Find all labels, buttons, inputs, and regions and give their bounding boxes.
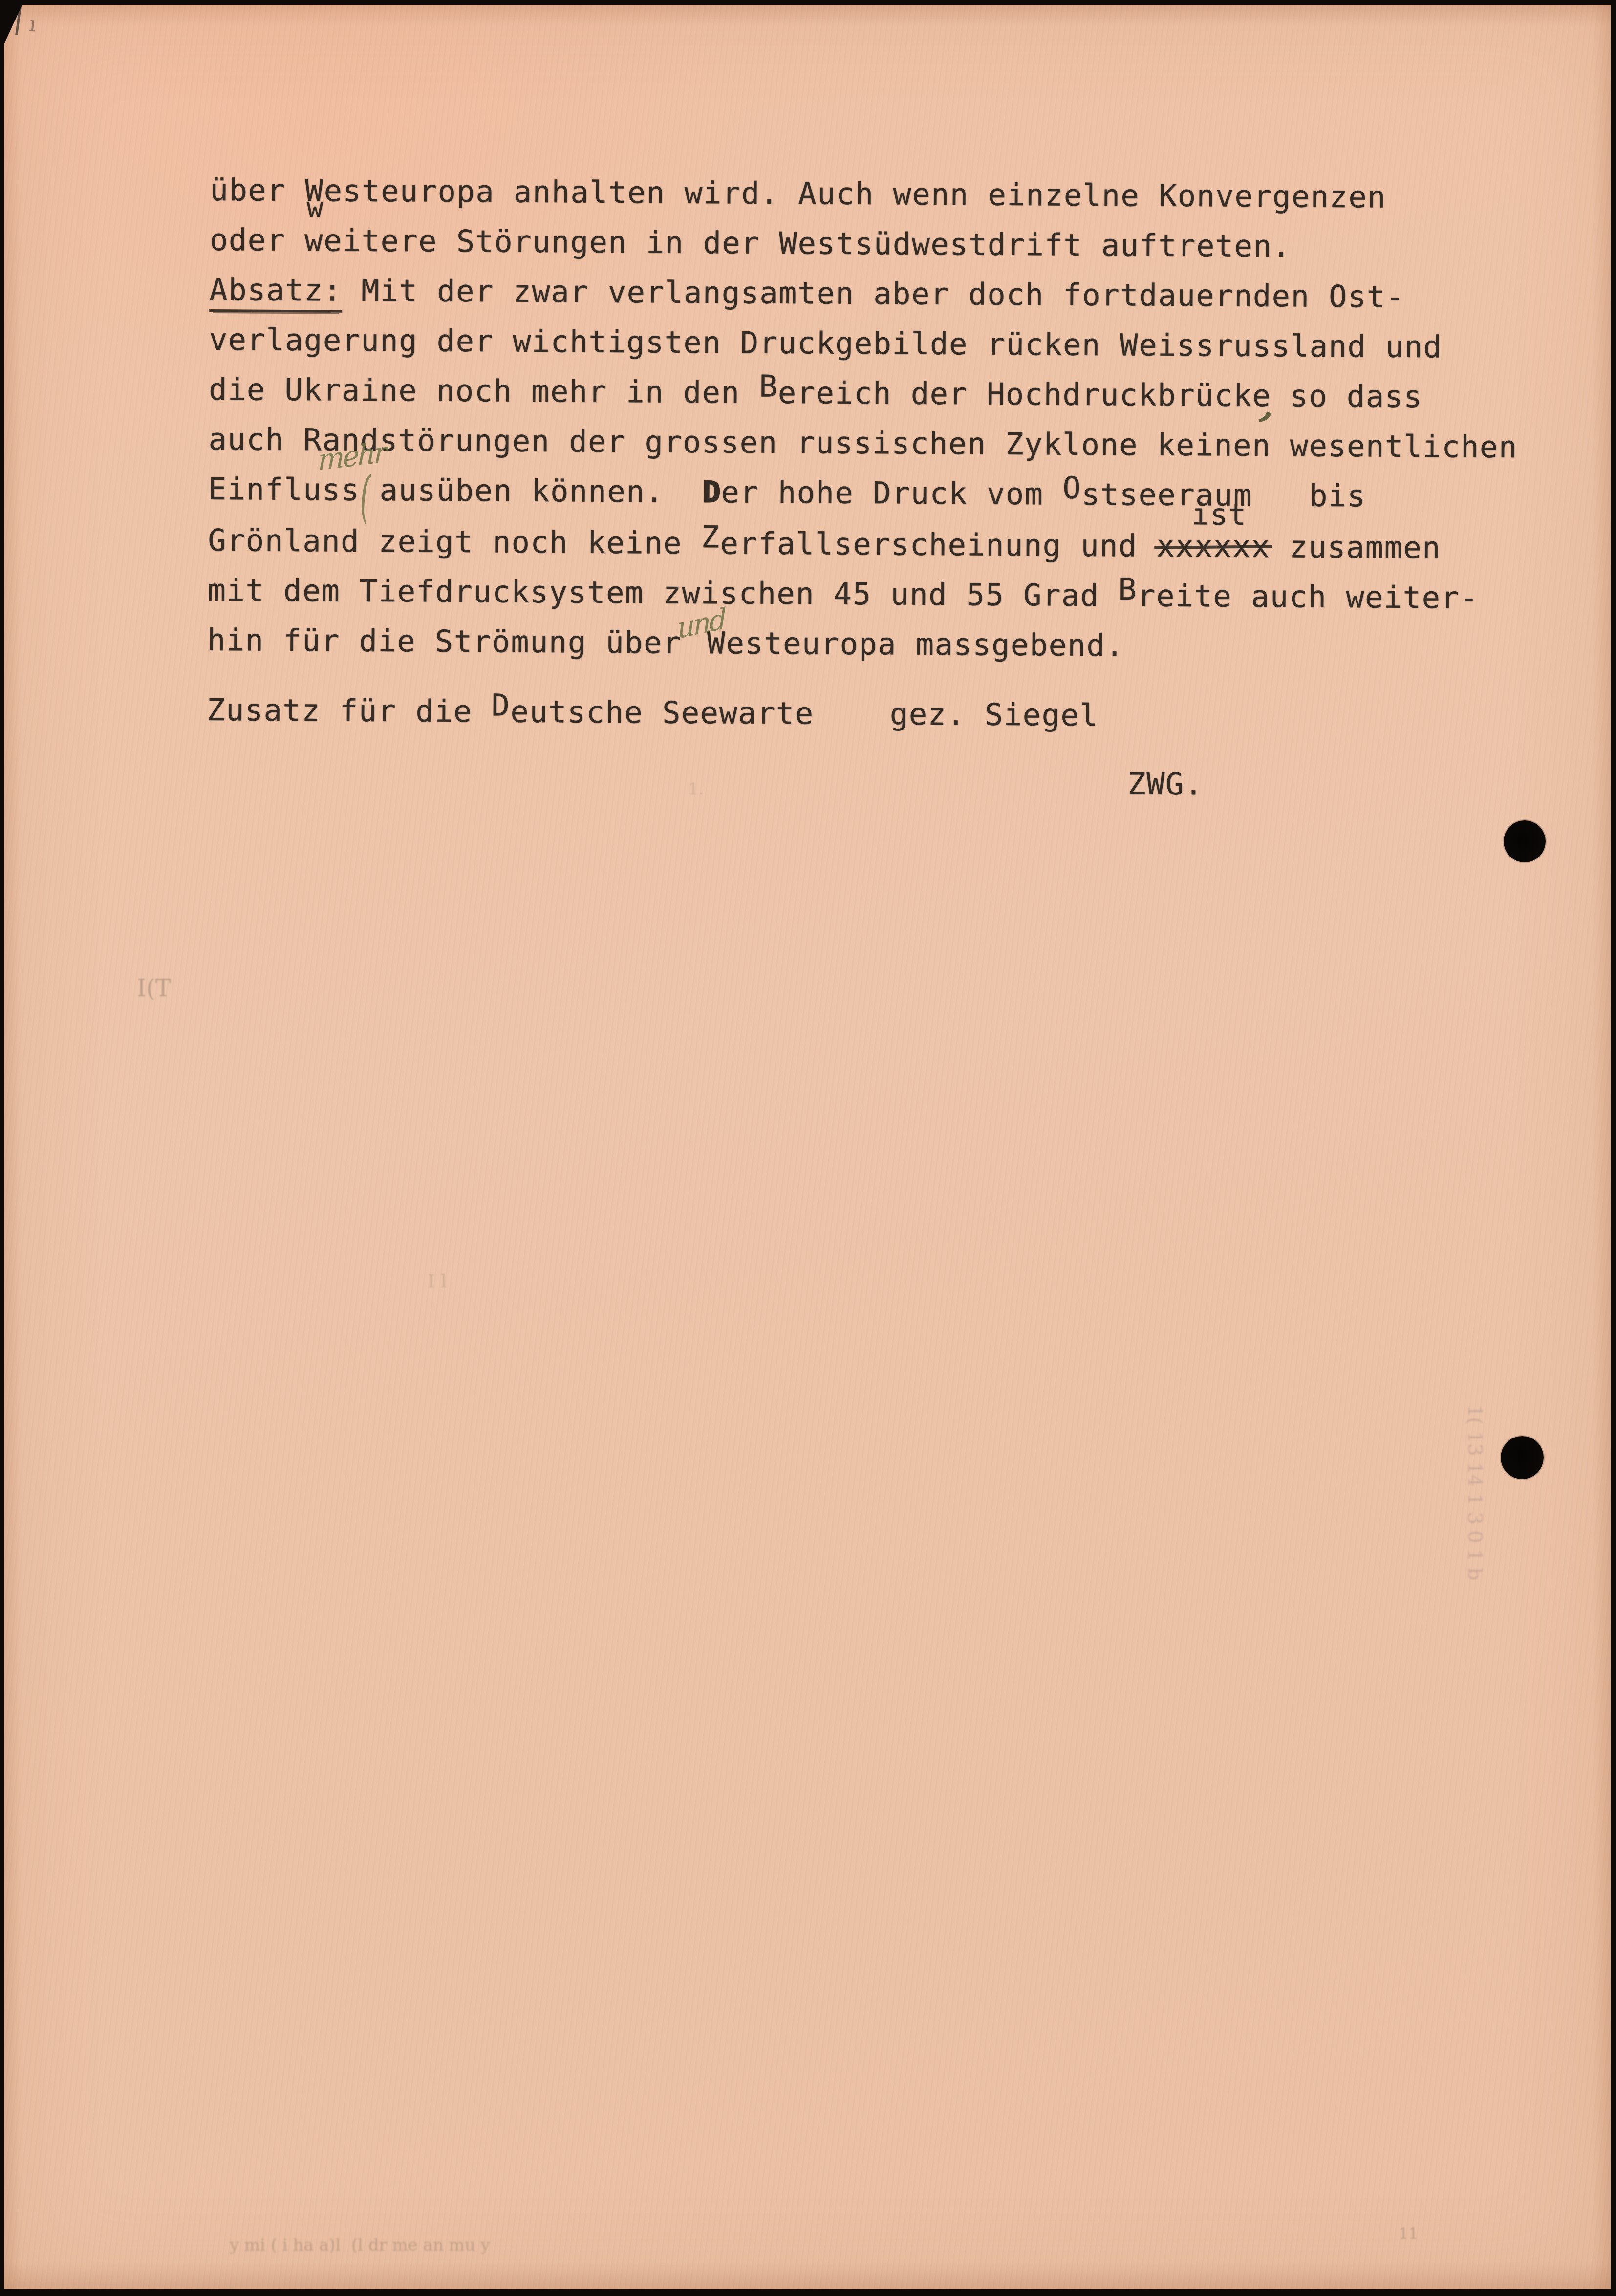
typed-text: so dass (1290, 378, 1422, 415)
handwritten-green-annotation: und (676, 598, 703, 654)
typed-line: verlagerung der wichtigsten Druckgebilde… (209, 315, 1558, 373)
typed-text: oder (210, 222, 305, 258)
typed-text: eutsche Seewarte gez. Siegel (510, 694, 1099, 733)
typed-line: Grönland zeigt noch keine Zerfallsersche… (208, 515, 1557, 574)
typed-text: verlagerung der wichtigsten Druckgebilde… (209, 322, 1443, 365)
paper-sheet: über Westeuropa anhalten wird. Auch wenn… (0, 0, 1616, 2296)
bleed-through-mark: T)I (137, 975, 171, 1002)
typewritten-text-block: über Westeuropa anhalten wird. Auch wenn… (206, 165, 1559, 812)
typed-line: Zusatz für die Deutsche Seewarte gez. Si… (207, 685, 1556, 743)
superscript-letter: Z (701, 512, 720, 562)
typed-text: mit dem Tiefdrucksystem zwischen 45 und … (207, 572, 1118, 613)
typed-line: auch Randstörungen der grossen russische… (208, 414, 1557, 472)
typed-text: Mit der zwar verlangsamten aber doch for… (342, 273, 1405, 315)
typed-text: ausüben können. (379, 472, 702, 510)
typed-text: erfallserscheinung und (720, 525, 1156, 563)
typed-text: die Ukraine noch mehr in den (209, 371, 759, 410)
bleed-through-mark: 1( 13 14 1 3 0 1 b (1464, 1405, 1486, 1580)
typed-line: Einflussmehr(ausüben können. Der hohe Dr… (208, 464, 1557, 524)
correction-anchor: weiterew (304, 222, 437, 259)
scan-edge-left (0, 0, 4, 2296)
correction-anchor: Einflussmehr (208, 471, 360, 508)
typed-text: Störungen in der Westsüdwestdrift auftre… (437, 223, 1292, 264)
correction-anchor: xxxxxxist (1156, 528, 1270, 564)
hole-punch (1504, 820, 1546, 862)
typed-line: mit dem Tiefdrucksystem zwischen 45 und … (207, 565, 1556, 623)
bleed-through-mark: 11 (1399, 2224, 1419, 2243)
typed-line: die Ukraine noch mehr in den Bereich der… (209, 365, 1558, 423)
typed-text: reite auch weiter- (1137, 578, 1479, 616)
hole-punch (1501, 1436, 1544, 1479)
superscript-letter: O (1062, 463, 1081, 513)
typed-text: weitere (304, 222, 437, 259)
typed-text: Grönland zeigt noch keine (208, 522, 701, 561)
typed-text: Zusatz für die (207, 692, 492, 730)
scan-edge-top (0, 0, 1616, 5)
scan-edge-right (1611, 0, 1616, 2296)
superscript-letter: D (491, 681, 510, 730)
overstruck-letter: D (702, 474, 721, 510)
typed-text: zusammen (1270, 529, 1441, 565)
superscript-letter: B (1118, 564, 1137, 614)
typed-text: über Westeuropa anhalten wird. Auch wenn… (210, 172, 1386, 215)
typed-text: Westeuropa massgebend. (707, 625, 1125, 663)
typed-text: ereich der Hochdruckbrücke (778, 375, 1271, 413)
typed-line: oder weiterew Störungen in der Westsüdwe… (210, 215, 1559, 273)
typed-text: auch Randstörungen der grossen russische… (208, 421, 1517, 465)
scan-edge-bottom (0, 2289, 1616, 2296)
typed-text: hin für die Strömung über (207, 622, 682, 661)
typed-line: ZWG. (1127, 759, 1555, 811)
bleed-through-mark: y mi ( i ha a)l (l dr me an mu y (230, 2235, 490, 2255)
bleed-through-mark: ı (28, 11, 37, 37)
typed-correction-ist: ist (1191, 490, 1247, 540)
superscript-letter: B (759, 362, 778, 411)
signature-initials: ZWG. (1127, 766, 1204, 802)
scanned-page: über Westeuropa anhalten wird. Auch wenn… (0, 0, 1616, 2296)
typed-line: über Westeuropa anhalten wird. Auch wenn… (210, 165, 1559, 223)
bleed-through-mark: I l (428, 1270, 447, 1292)
typed-correction-w: w (306, 183, 324, 233)
typed-line: Absatz: Mit der zwar verlangsamten aber … (209, 265, 1558, 323)
underlined-word: Absatz: (209, 272, 342, 313)
typed-text: er hohe Druck vom (721, 474, 1062, 512)
typed-line: hin für die Strömung überundWesteuropa m… (207, 615, 1556, 674)
